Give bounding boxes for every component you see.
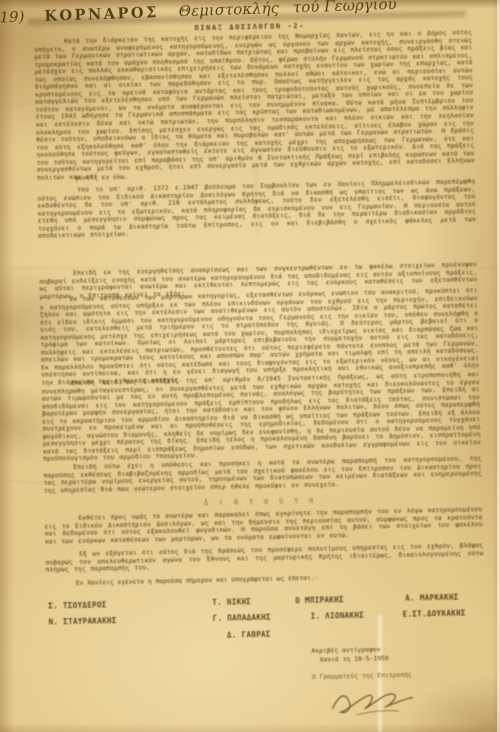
entry-number: 19) <box>0 8 25 27</box>
paragraph-request: Εκθέτει προς υμάς τα ανωτέρω και παρακαλ… <box>44 506 483 546</box>
closing-line: Εν Χανίοις εγένετο η παρούσα σήμερον και… <box>76 575 319 587</box>
signatory-name: Δ. ΓΑΒΡΑΣ <box>227 630 271 640</box>
signatory-name: Ι. ΛΙΟΝΑΚΗΣ <box>310 611 364 621</box>
certification-block: Ακριβές αντίγραφον Χανιά τη 18-5-1950 Ο … <box>311 643 487 682</box>
entry-firstname: Θεμιστοκλής <box>178 0 279 20</box>
signatory-name: Σ. ΤΣΟΥΔΕΡΟΣ <box>48 600 107 610</box>
paragraph-legal-basis: Επειδή κατά τας διατάξεις της υπ' αριθμό… <box>41 371 481 464</box>
paragraph-conclusion: Εξ ων εξάγεται ότι ούτος διά της δράσεώς… <box>45 542 483 574</box>
handwritten-signature <box>326 680 422 722</box>
entry-surname: ΚΟΡΝΑΡΟΣ <box>44 4 159 25</box>
signatory-name: Α. ΜΑΡΚΑΚΗΣ <box>405 593 459 603</box>
entry-patronymic: τού Γεωργίου <box>293 0 397 17</box>
signatory-name: Ν. ΣΤΑΥΡΑΚΑΚΗΣ <box>49 616 117 626</box>
paragraph-indictment: Υπό το υπ' αριθ. 1372 ε.1947 βούλευμα το… <box>37 178 476 240</box>
signatory-name: Γ. ΠΑΠΑΔΑΚΗΣ <box>213 613 272 623</box>
paragraph-charges-tail: φόνοις εν όλω. <box>75 174 128 182</box>
document-content: ΠΙΝΑΞ ΔΟΣΙΛΟΓΩΝ -2- Κατά την διάρκειαν τ… <box>0 0 500 732</box>
paragraph-charges: Κατά την διάρκειαν της κατοχής εις την π… <box>34 29 475 182</box>
signatory-name: Τ. ΝΙΚΗΣ <box>212 597 251 607</box>
scanned-document-page: ΠΙΝΑΞ ΔΟΣΙΛΟΓΩΝ -2- Κατά την διάρκειαν τ… <box>0 0 500 732</box>
signatory-name: Ο ΜΠΙΡΑΚΗΣ <box>295 595 344 605</box>
signatory-name: Ε.ΣΤ.ΔΟΥΚΑΚΗΣ <box>402 608 465 618</box>
